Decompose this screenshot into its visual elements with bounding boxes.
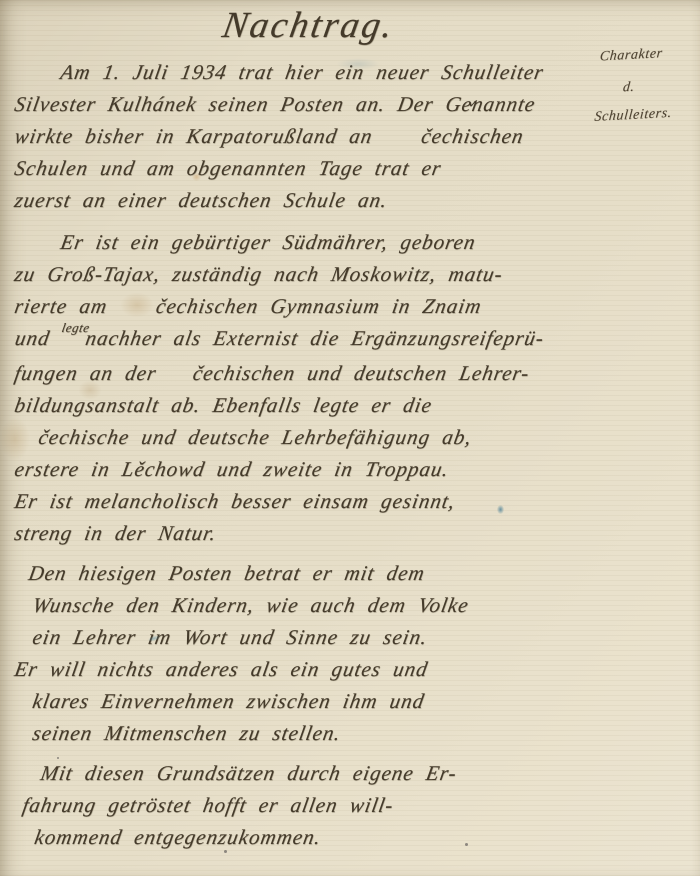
text-line: klares Einvernehmen zwischen ihm und bbox=[12, 685, 666, 717]
text-line: streng in der Natur. bbox=[12, 517, 666, 549]
text-line: Am 1. Juli 1934 trat hier ein neuer Schu… bbox=[12, 56, 666, 88]
text-line: Mit diesen Grundsätzen durch eigene Er- bbox=[12, 757, 666, 789]
text-line: bildungsanstalt ab. Ebenfalls legte er d… bbox=[12, 389, 666, 421]
text-line: erstere in Lěchowd und zweite in Troppau… bbox=[12, 453, 666, 485]
text-line: Er ist ein gebürtiger Südmährer, geboren bbox=[12, 226, 666, 258]
text-line: wirkte bisher in Karpatorußland an čechi… bbox=[12, 120, 666, 152]
text-line: Silvester Kulhánek seinen Posten an. Der… bbox=[12, 88, 666, 120]
text-line: ein Lehrer im Wort und Sinne zu sein. bbox=[12, 621, 666, 653]
text-line: Schulen und am obgenannten Tage trat er bbox=[12, 152, 666, 184]
text-line: seinen Mitmenschen zu stellen. bbox=[12, 717, 666, 749]
manuscript-body: Am 1. Juli 1934 trat hier ein neuer Schu… bbox=[12, 56, 660, 853]
text-line: Er will nichts anderes als ein gutes und bbox=[12, 653, 666, 685]
text-line: zu Groß-Tajax, zuständig nach Moskowitz,… bbox=[12, 258, 666, 290]
text-line: Er ist melancholisch besser einsam gesin… bbox=[12, 485, 666, 517]
text-line: und legtenachher als Externist die Ergän… bbox=[12, 322, 666, 357]
text-line: Den hiesigen Posten betrat er mit dem bbox=[12, 557, 666, 589]
inserted-word: legte bbox=[59, 312, 92, 344]
text-line: fungen an der čechischen und deutschen L… bbox=[12, 357, 666, 389]
text-line: fahrung getröstet hofft er allen will- bbox=[12, 789, 666, 821]
text-line: kommend entgegenzukommen. bbox=[12, 821, 666, 853]
text-line: Wunsche den Kindern, wie auch dem Volke bbox=[12, 589, 666, 621]
text-line: zuerst an einer deutschen Schule an. bbox=[12, 184, 666, 216]
page-title: Nachtrag. bbox=[0, 4, 618, 47]
manuscript-page: Nachtrag. Charakter d. Schulleiters. ✓ A… bbox=[0, 0, 700, 876]
text-line: rierte am čechischen Gymnasium in Znaim bbox=[12, 290, 666, 322]
text-line: čechische und deutsche Lehrbefähigung ab… bbox=[12, 421, 666, 453]
